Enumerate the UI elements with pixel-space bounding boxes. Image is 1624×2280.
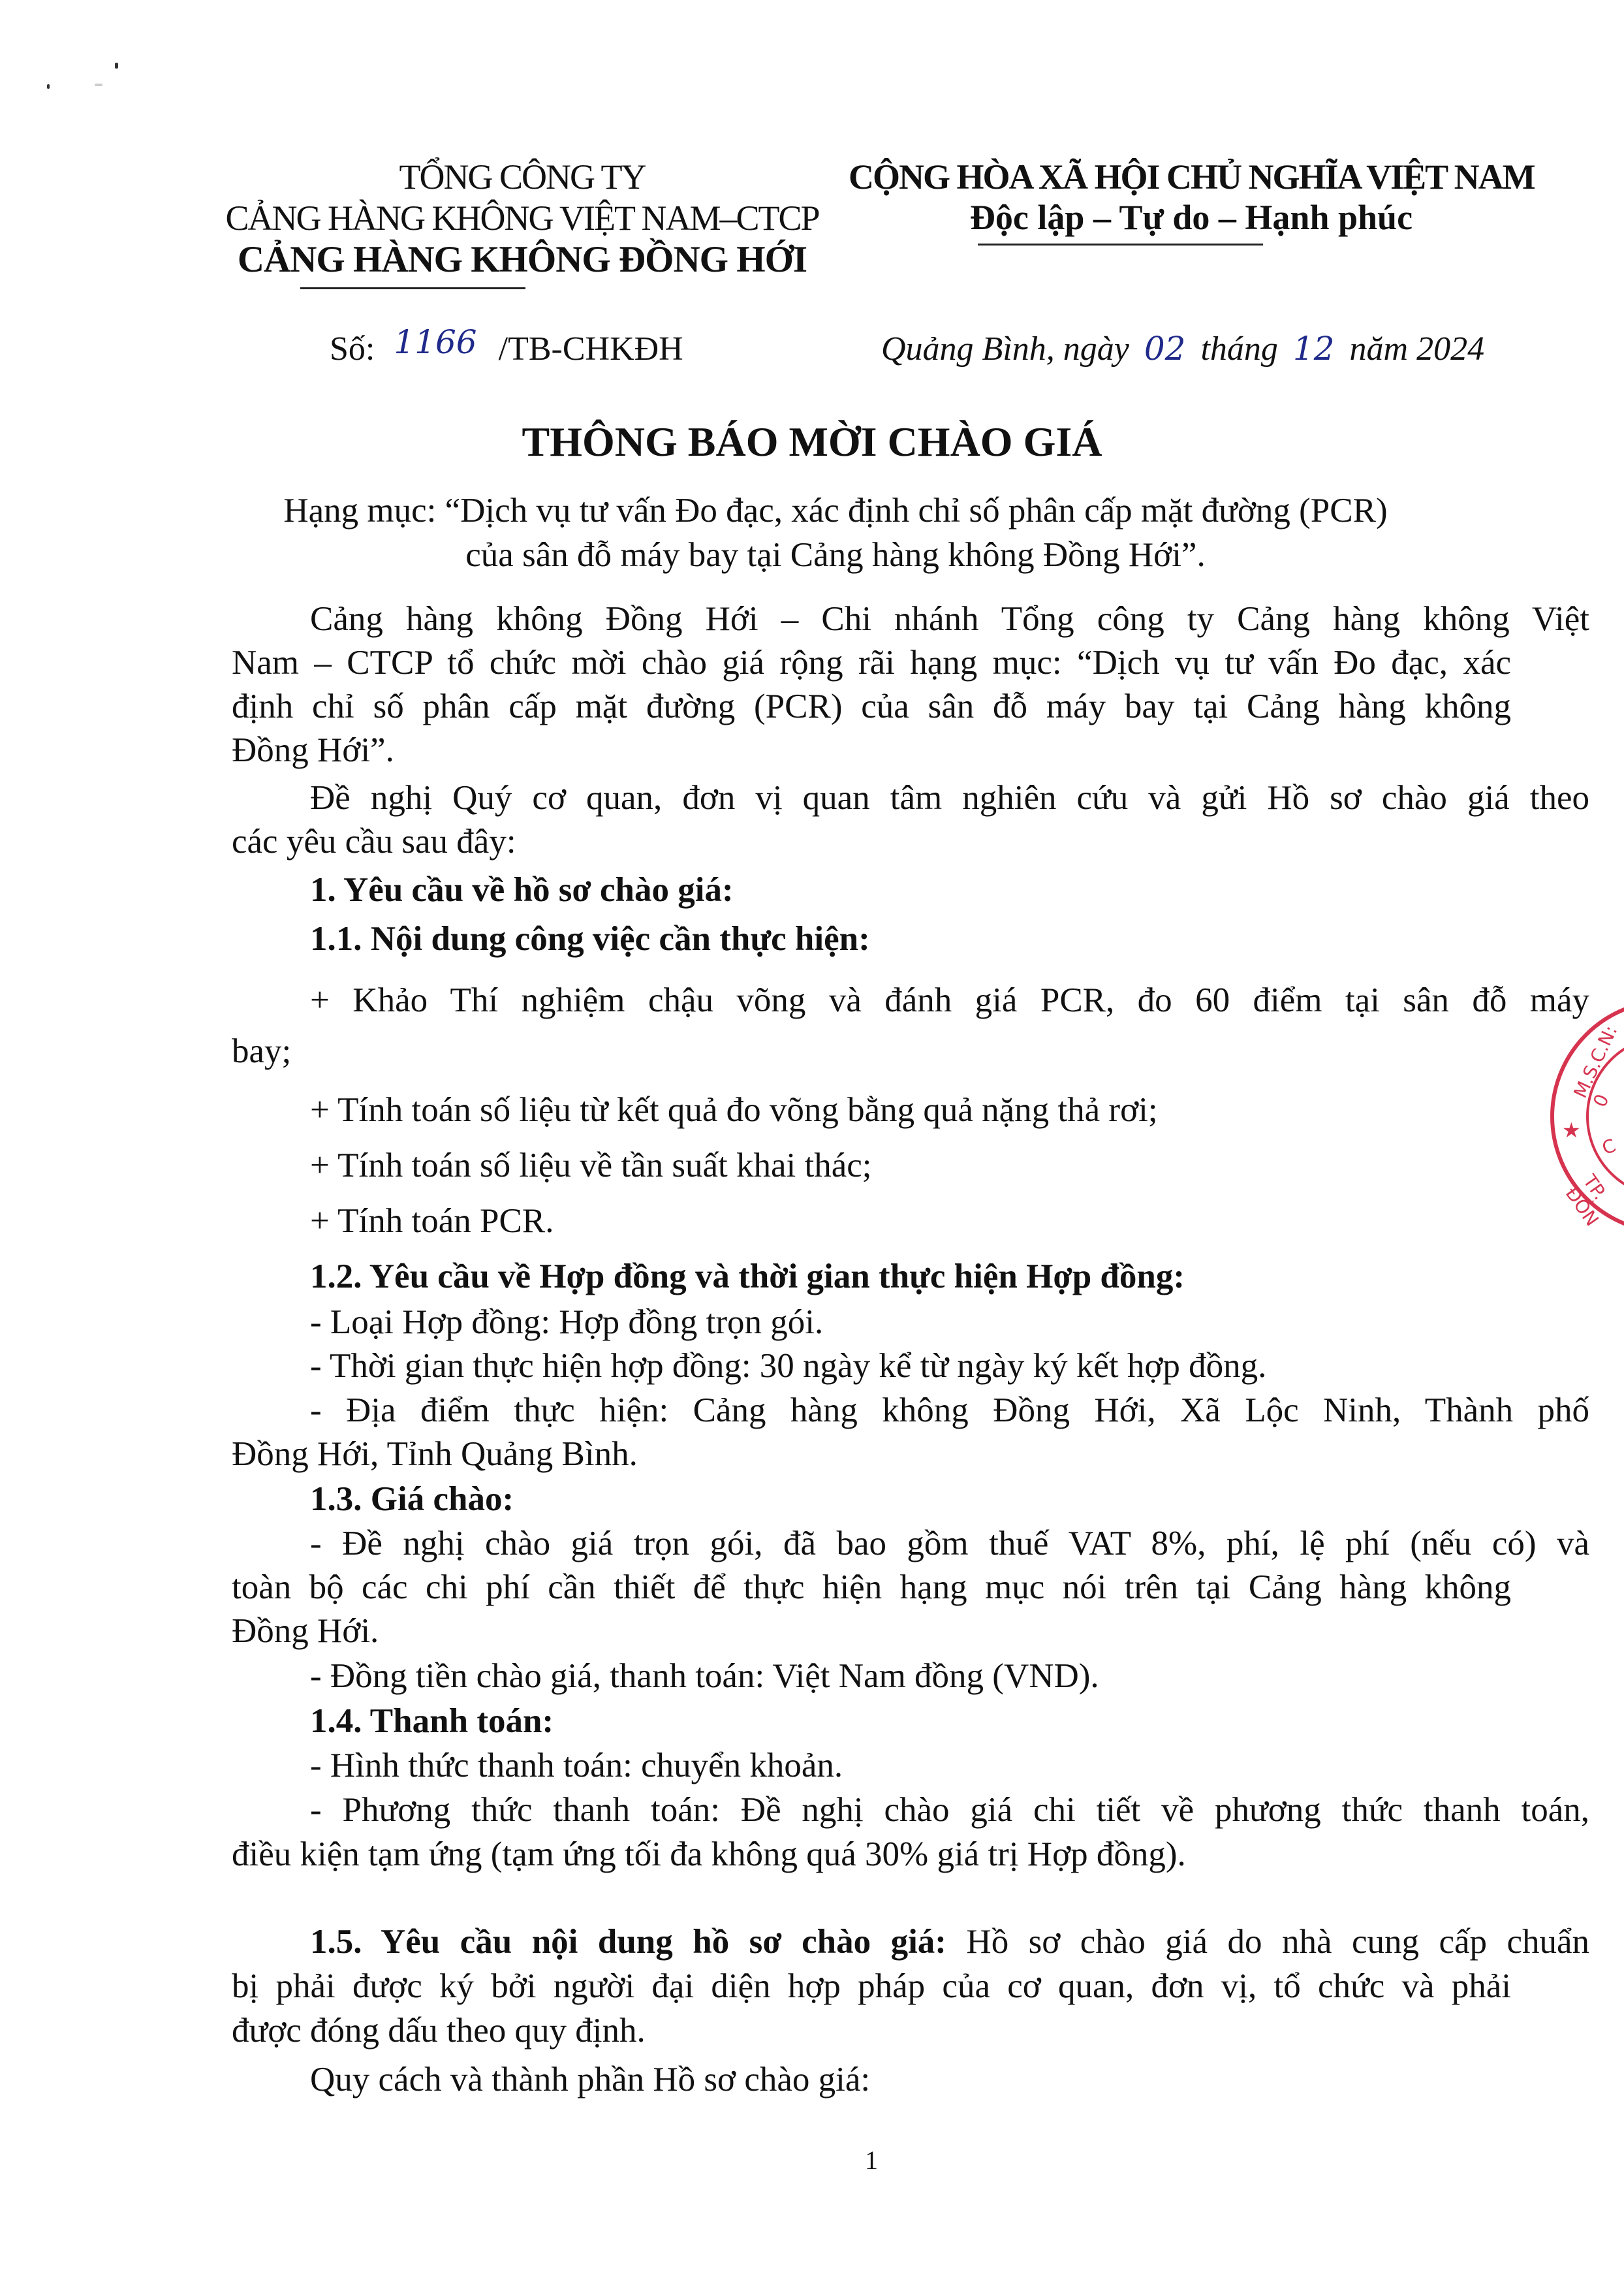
price-line-2: toàn bộ các chi phí cần thiết để thực hi… xyxy=(232,1568,1511,1607)
org-name: CẢNG HÀNG KHÔNG ĐỒNG HỚI xyxy=(196,238,849,281)
document-number-suffix: /TB-CHKĐH xyxy=(499,330,683,368)
task-item-2: + Tính toán số liệu từ kết quả đo võng b… xyxy=(232,1090,1589,1130)
price-line-3: Đồng Hới. xyxy=(232,1611,1511,1651)
header-left-underline xyxy=(300,287,525,289)
section-1-5-heading: 1.5. Yêu cầu nội dung hồ sơ chào giá: xyxy=(310,1923,946,1961)
month-handwritten: 12 xyxy=(1293,330,1335,368)
place-date: Quảng Bình, ngày 02 tháng 12 năm 2024 xyxy=(881,330,1484,368)
subject-line-2: của sân đỗ máy bay tại Cảng hàng không Đ… xyxy=(215,535,1456,575)
year-text: năm 2024 xyxy=(1350,330,1485,368)
intro-line-2: Nam – CTCP tổ chức mời chào giá rộng rãi… xyxy=(232,643,1511,682)
scan-speck xyxy=(95,84,102,86)
task-item-3: + Tính toán số liệu về tần suất khai thá… xyxy=(232,1146,1589,1185)
section-1-5-line-3: được đóng dấu theo quy định. xyxy=(232,2011,1511,2050)
page-number: 1 xyxy=(865,2145,878,2176)
scan-speck xyxy=(47,84,50,89)
contract-type: - Loại Hợp đồng: Hợp đồng trọn gói. xyxy=(232,1303,1589,1342)
section-1-5-line-1: 1.5. Yêu cầu nội dung hồ sơ chào giá: Hồ… xyxy=(232,1922,1589,1961)
section-1-5-line-2: bị phải được ký bởi người đại diện hợp p… xyxy=(232,1967,1511,2006)
seal-star-icon: ★ xyxy=(1562,1118,1581,1143)
document-title: THÔNG BÁO MỜI CHÀO GIÁ xyxy=(0,418,1624,466)
section-1-2-heading: 1.2. Yêu cầu về Hợp đồng và thời gian th… xyxy=(232,1257,1589,1296)
section-1-3-heading: 1.3. Giá chào: xyxy=(232,1480,1589,1519)
intro-line-1: Cảng hàng không Đồng Hới – Chi nhánh Tổn… xyxy=(232,599,1589,639)
location-line-1: - Địa điểm thực hiện: Cảng hàng không Đồ… xyxy=(232,1391,1589,1430)
request-line-1: Đề nghị Quý cơ quan, đơn vị quan tâm ngh… xyxy=(232,778,1589,817)
document-number-label: Số: xyxy=(330,330,375,368)
request-line-2: các yêu cầu sau đây: xyxy=(232,822,1511,861)
national-motto: Độc lập – Tự do – Hạnh phúc xyxy=(849,197,1534,238)
org-parent-line1: TỔNG CÔNG TY xyxy=(196,157,849,197)
month-label: tháng xyxy=(1200,330,1277,368)
section-1-heading: 1. Yêu cầu về hồ sơ chào giá: xyxy=(232,870,1589,910)
payment-method-line-2: điều kiện tạm ứng (tạm ứng tối đa không … xyxy=(232,1835,1511,1874)
payment-form: - Hình thức thanh toán: chuyển khoản. xyxy=(232,1746,1589,1785)
place-date-prefix: Quảng Bình, ngày xyxy=(881,330,1129,368)
closing-line: Quy cách và thành phần Hồ sơ chào giá: xyxy=(232,2060,1589,2099)
scan-speck xyxy=(115,63,118,69)
intro-line-3: định chỉ số phân cấp mặt đường (PCR) của… xyxy=(232,687,1511,726)
document-number: Số: 1166 /TB-CHKĐH xyxy=(330,330,683,368)
payment-method-line-1: - Phương thức thanh toán: Đề nghị chào g… xyxy=(232,1790,1589,1829)
header-right-underline xyxy=(978,244,1263,245)
org-parent-line2: CẢNG HÀNG KHÔNG VIỆT NAM–CTCP xyxy=(196,198,849,238)
price-line-1: - Đề nghị chào giá trọn gói, đã bao gồm … xyxy=(232,1524,1589,1563)
section-1-1-heading: 1.1. Nội dung công việc cần thực hiện: xyxy=(232,919,1589,958)
contract-duration: - Thời gian thực hiện hợp đồng: 30 ngày … xyxy=(232,1346,1589,1385)
document-number-handwritten: 1166 xyxy=(394,323,476,361)
subject-line-1: Hạng mục: “Dịch vụ tư vấn Đo đạc, xác đị… xyxy=(215,491,1456,530)
section-1-4-heading: 1.4. Thanh toán: xyxy=(232,1702,1589,1741)
location-line-2: Đồng Hới, Tỉnh Quảng Bình. xyxy=(232,1434,1511,1474)
section-1-5-line-1-rest: Hồ sơ chào giá do nhà cung cấp chuẩn xyxy=(946,1923,1589,1961)
task-item-1-line-2: bay; xyxy=(232,1032,1511,1071)
day-handwritten: 02 xyxy=(1144,330,1186,368)
task-item-1-line-1: + Khảo Thí nghiệm chậu võng và đánh giá … xyxy=(232,981,1589,1020)
task-item-4: + Tính toán PCR. xyxy=(232,1201,1589,1241)
national-title: CỘNG HÒA XÃ HỘI CHỦ NGHĨA VIỆT NAM xyxy=(849,157,1534,197)
intro-line-4: Đồng Hới”. xyxy=(232,731,1511,770)
currency-line: - Đồng tiền chào giá, thanh toán: Việt N… xyxy=(232,1656,1589,1696)
